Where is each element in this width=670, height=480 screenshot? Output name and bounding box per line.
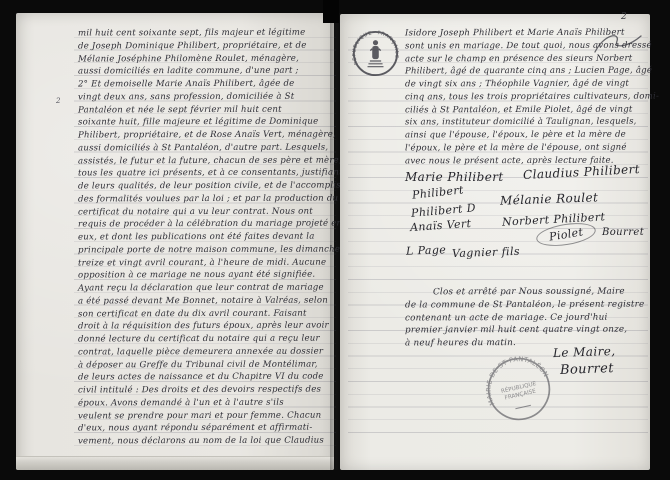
manuscript-line: contenant un acte de mariage. Ce jourd'h… xyxy=(405,311,647,325)
manuscript-line: vingt deux ans, sans profession, domicil… xyxy=(78,90,336,104)
manuscript-line: Mélanie Joséphine Philomène Roulet, ména… xyxy=(78,52,336,66)
manuscript-line: requis de procéder à la célébration du m… xyxy=(78,218,336,232)
manuscript-line: de leurs actes de naissance et du Chapit… xyxy=(78,371,336,385)
manuscript-line: de leurs qualités, de leur position civi… xyxy=(78,180,336,194)
signature-bourret-officer: Bourret xyxy=(602,227,644,238)
manuscript-line: aussi domiciliés à St Pantaléon, d'autre… xyxy=(78,141,336,155)
manuscript-line: soixante huit, fille majeure et légitime… xyxy=(78,116,336,130)
manuscript-line: mil huit cent soixante sept, fils majeur… xyxy=(78,27,336,41)
manuscript-line: assistés, le futur et la future, chacun … xyxy=(78,154,336,168)
manuscript-line: Isidore Joseph Philibert et Marie Anaïs … xyxy=(405,27,647,41)
manuscript-line: cinq ans, tous les trois propriétaires c… xyxy=(405,90,647,104)
manuscript-line: d'eux, nous ayant répondu séparément et … xyxy=(78,422,336,436)
act-text-right: Isidore Joseph Philibert et Marie Anaïs … xyxy=(405,27,647,167)
manuscript-line: de la commune de St Pantaléon, le présen… xyxy=(405,298,647,312)
manuscript-line: 2° Et demoiselle Marie Anaïs Philibert, … xyxy=(78,78,336,92)
manuscript-line: veulent se prendre pour mari et pour fem… xyxy=(78,409,336,423)
register-right-page: 2 RÉPUBLIQUE FRANÇAISE xyxy=(340,14,650,470)
manuscript-line: l'époux, le père et la mère de l'épouse,… xyxy=(405,141,647,155)
stamp-bottom-mark xyxy=(515,405,530,409)
manuscript-line: Ayant reçu la déclaration que leur contr… xyxy=(78,282,336,296)
manuscript-line: sont unis en mariage. De tout quoi, nous… xyxy=(405,39,647,53)
manuscript-line: principale porte de notre maison commune… xyxy=(78,243,336,257)
manuscript-line: eux, et dont les publications ont été fa… xyxy=(78,231,336,245)
register-left-page: 2 mil huit cent soixante sept, fils maje… xyxy=(16,13,334,470)
signature-witness-vagnier: Vagnier fils xyxy=(452,245,520,260)
manuscript-line: à déposer au Greffe du Tribunal civil de… xyxy=(78,358,336,372)
manuscript-line: droit à la réquisition des futurs époux,… xyxy=(78,320,336,334)
manuscript-line: Clos et arrêté par Nous soussigné, Maire xyxy=(405,286,647,300)
scanned-register-photo: 2 mil huit cent soixante sept, fils maje… xyxy=(0,0,670,480)
manuscript-line: ainsi que l'épouse, l'époux, le père et … xyxy=(405,129,647,143)
act-text-left: mil huit cent soixante sept, fils majeur… xyxy=(78,27,336,448)
le-maire-label: Le Maire, xyxy=(553,344,616,360)
stamp-figure xyxy=(368,40,384,67)
manuscript-line: de vingt six ans ; Théophile Vagnier, âg… xyxy=(405,78,647,92)
manuscript-line: a été passé devant Me Bonnet, notaire à … xyxy=(78,294,336,308)
manuscript-line: son certificat en date du dix avril cour… xyxy=(78,307,336,321)
republique-francaise-stamp: RÉPUBLIQUE FRANÇAISE xyxy=(352,30,399,77)
signature-witness-page: L Page xyxy=(406,243,447,257)
manuscript-line: premier janvier mil huit cent quatre vin… xyxy=(405,324,647,338)
manuscript-line: de Joseph Dominique Philibert, propriéta… xyxy=(78,39,336,53)
manuscript-line: certificat du notaire qui a vu leur cont… xyxy=(78,205,336,219)
manuscript-line: aussi domiciliés en ladite commune, d'un… xyxy=(78,65,336,79)
manuscript-line: six ans, instituteur domicilié à Taulign… xyxy=(405,116,647,130)
manuscript-line: vement, nous déclarons au nom de la loi … xyxy=(78,435,336,449)
manuscript-line: acte sur le champ en présence des sieurs… xyxy=(405,52,647,66)
gutter-top-notch xyxy=(323,0,339,23)
signature-mayor-bourret: Bourret xyxy=(560,361,614,378)
closing-statement: Clos et arrêté par Nous soussigné, Maire… xyxy=(405,286,647,350)
stamp-arc-right: FRANÇAISE xyxy=(377,30,399,59)
page-number: 2 xyxy=(621,12,627,22)
manuscript-line: des formalités voulues par la loi ; et p… xyxy=(78,192,336,206)
manuscript-line: époux. Avons demandé à l'un et à l'autre… xyxy=(78,396,336,410)
manuscript-line: Pantaléon et née le sept février mil hui… xyxy=(78,103,336,117)
manuscript-line: civil intitulé : Des droits et des devoi… xyxy=(78,384,336,398)
manuscript-line: Philibert, âgé de quarante cinq ans ; Lu… xyxy=(405,65,647,79)
manuscript-line: donné lecture du certificat du notaire q… xyxy=(78,333,336,347)
left-page-bottom-edge xyxy=(16,456,334,470)
signature-bride: Marie Philibert xyxy=(405,170,504,184)
manuscript-line: tous les quatre ici présents, et à ce co… xyxy=(78,167,336,181)
manuscript-line: Philibert, propriétaire, et de Rose Anaï… xyxy=(78,129,336,143)
manuscript-line: opposition à ce mariage ne nous ayant ét… xyxy=(78,269,336,283)
manuscript-line: contrat, laquelle pièce demeurera annexé… xyxy=(78,345,336,359)
margin-paragraph-mark: 2 xyxy=(56,97,60,105)
manuscript-line: treize et vingt avril courant, à l'heure… xyxy=(78,256,336,270)
manuscript-line: ciliés à St Pantaléon, et Emile Piolet, … xyxy=(405,103,647,117)
